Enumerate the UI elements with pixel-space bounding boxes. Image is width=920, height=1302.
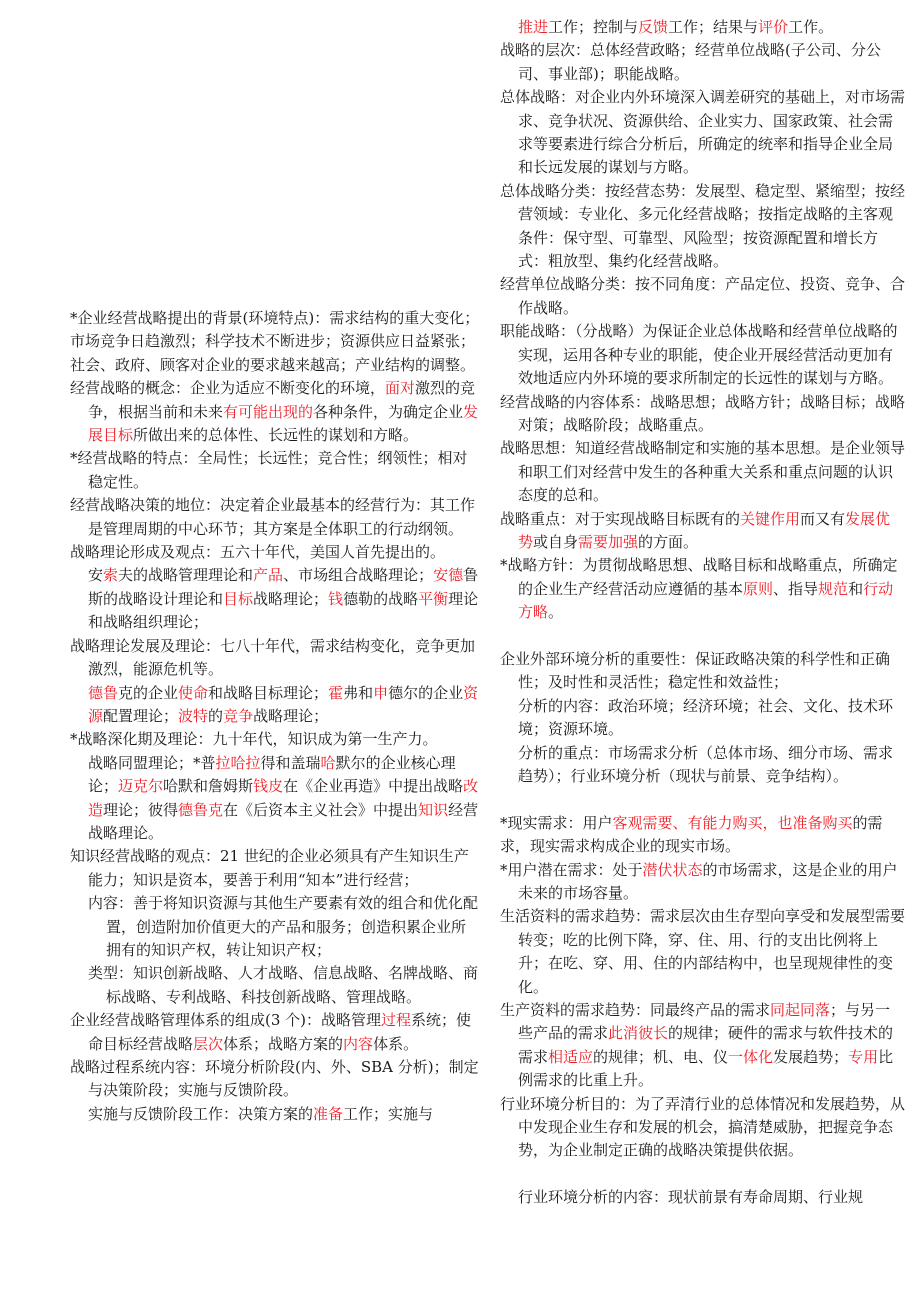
text-segment: 的: [208, 707, 223, 725]
text-segment: 经营战略的内容体系：战略思想；战略方针；战略目标；战略对策；战略阶段；战略重点。: [500, 393, 905, 434]
highlighted-keyword: 需要加强: [578, 533, 638, 551]
highlighted-keyword: 此消彼长: [608, 1024, 668, 1042]
text-segment: 安: [88, 566, 103, 584]
note-paragraph: *用户潜在需求：处于潜伏状态的市场需求，这是企业的用户未来的市场容量。: [500, 859, 905, 906]
highlighted-keyword: 评价: [758, 18, 788, 36]
highlighted-keyword: 过程: [381, 1011, 411, 1029]
note-paragraph: 安索夫的战略管理理论和产品、市场组合战略理论；安德鲁斯的战略设计理论和目标战略理…: [70, 564, 480, 634]
highlighted-keyword: 推进: [518, 18, 548, 36]
highlighted-keyword: 安德: [433, 566, 463, 584]
text-segment: 经营战略决策的地位：决定着企业最基本的经营行为：其工作是管理周期的中心环节；其方…: [70, 496, 475, 537]
highlighted-keyword: 德鲁: [88, 684, 118, 702]
note-paragraph: 生活资料的需求趋势：需求层次由生存型向享受和发展型需要转变；吃的比例下降，穿、住…: [500, 905, 905, 999]
note-paragraph: *战略方针：为贯彻战略思想、战略目标和战略重点，所确定的企业生产经营活动应遵循的…: [500, 554, 905, 624]
text-segment: 总体战略：对企业内外环境深入调差研究的基础上，对市场需求、竞争状况、资源供给、企…: [500, 88, 905, 176]
note-paragraph: 分析的内容：政治环境；经济环境；社会、文化、技术环境；资源环境。: [500, 695, 905, 742]
text-segment: 发展趋势；: [773, 1048, 848, 1066]
text-segment: 分析的内容：政治环境；经济环境；社会、文化、技术环境；资源环境。: [518, 697, 893, 738]
highlighted-keyword: 申: [373, 684, 388, 702]
note-paragraph: 行业环境分析的内容：现状前景有寿命周期、行业规: [500, 1186, 905, 1209]
text-segment: 工作；结果与: [668, 18, 758, 36]
text-segment: *企业经营战略提出的背景(环境特点)：需求结构的重大变化；市场竞争日趋激烈；科学…: [70, 309, 479, 374]
text-segment: 的规律；机、电、仪: [593, 1048, 728, 1066]
text-segment: 夫的战略管理理论和: [118, 566, 253, 584]
highlighted-keyword: 目标: [223, 590, 253, 608]
highlighted-keyword: 内容: [343, 1035, 373, 1053]
highlighted-keyword: 波特: [178, 707, 208, 725]
text-segment: 、市场组合战略理论；: [283, 566, 433, 584]
note-paragraph: 类型：知识创新战略、人才战略、信息战略、名牌战略、商标战略、专利战略、科技创新战…: [70, 962, 480, 1009]
text-segment: 企业外部环境分析的重要性：保证政略决策的科学性和正确性；及时性和灵活性；稳定性和…: [500, 650, 890, 691]
note-paragraph: 内容：善于将知识资源与其他生产要素有效的组合和优化配置，创造附加价值更大的产品和…: [70, 892, 480, 962]
text-segment: 在《企业再造》中提出战略: [283, 777, 463, 795]
text-segment: *战略深化期及理论：九十年代，知识成为第一生产力。: [70, 730, 438, 748]
text-segment: 经营战略的概念：企业为适应不断变化的环境，: [70, 379, 385, 397]
note-paragraph: 分析的重点：市场需求分析（总体市场、细分市场、需求趋势）；行业环境分析（现状与前…: [500, 742, 905, 789]
highlighted-keyword: 使命: [178, 684, 208, 702]
highlighted-keyword: 德鲁克: [178, 801, 223, 819]
note-paragraph: 实施与反馈阶段工作：决策方案的准备工作；实施与: [70, 1103, 480, 1126]
text-segment: 行业环境分析的内容：现状前景有寿命周期、行业规: [518, 1188, 863, 1206]
text-segment: 德尔的企业: [388, 684, 463, 702]
left-text-column: *企业经营战略提出的背景(环境特点)：需求结构的重大变化；市场竞争日趋激烈；科学…: [70, 307, 480, 1126]
note-paragraph: 总体战略：对企业内外环境深入调差研究的基础上，对市场需求、竞争状况、资源供给、企…: [500, 86, 905, 180]
highlighted-keyword: 有可能出现的: [223, 403, 313, 421]
text-segment: 德勒的战略: [343, 590, 418, 608]
right-text-column: 推进工作；控制与反馈工作；结果与评价工作。战略的层次：总体经营政略；经营单位战略…: [500, 16, 905, 1210]
highlighted-keyword: 同起同落: [770, 1001, 830, 1019]
text-segment: 战略理论形成及观点：五六十年代，美国人首先提出的。: [70, 543, 445, 561]
text-segment: 内容：善于将知识资源与其他生产要素有效的组合和优化配置，创造附加价值更大的产品和…: [88, 894, 478, 959]
note-paragraph: *企业经营战略提出的背景(环境特点)：需求结构的重大变化；市场竞争日趋激烈；科学…: [70, 307, 480, 377]
text-segment: 战略的层次：总体经营政略；经营单位战略(子公司、分公司、事业部)；职能战略。: [500, 41, 881, 82]
note-paragraph: 战略过程系统内容：环境分析阶段(内、外、SBA 分析)；制定与决策阶段；实施与反…: [70, 1056, 480, 1103]
note-paragraph: 战略的层次：总体经营政略；经营单位战略(子公司、分公司、事业部)；职能战略。: [500, 39, 905, 86]
text-segment: 工作；控制与: [548, 18, 638, 36]
highlighted-keyword: 专用: [848, 1048, 878, 1066]
blank-line: [500, 788, 905, 811]
text-segment: 知识经营战略的观点：21 世纪的企业必须具有产生知识生产能力；知识是资本，要善于…: [70, 847, 469, 888]
note-paragraph: 战略同盟理论；*普拉哈拉得和盖瑞哈默尔的企业核心理论；迈克尔哈默和詹姆斯钱皮在《…: [70, 752, 480, 846]
text-segment: 实施与反馈阶段工作：决策方案的: [88, 1105, 313, 1123]
text-segment: 分析的重点：市场需求分析（总体市场、细分市场、需求趋势）；行业环境分析（现状与前…: [518, 744, 893, 785]
note-paragraph: 行业环境分析目的：为了弄清行业的总体情况和发展趋势，从中发现企业生存和发展的机会…: [500, 1093, 905, 1163]
note-paragraph: 经营单位战略分类：按不同角度：产品定位、投资、竞争、合作战略。: [500, 273, 905, 320]
highlighted-keyword: 一体化: [728, 1048, 773, 1066]
text-segment: 战略过程系统内容：环境分析阶段(内、外、SBA 分析)；制定与决策阶段；实施与反…: [70, 1058, 479, 1099]
text-segment: 理论；彼得: [103, 801, 178, 819]
highlighted-keyword: 霍: [328, 684, 343, 702]
text-segment: 或自身: [533, 533, 578, 551]
text-segment: 工作；实施与: [343, 1105, 433, 1123]
text-segment: 体系；战略方案的: [223, 1035, 343, 1053]
text-segment: 类型：知识创新战略、人才战略、信息战略、名牌战略、商标战略、专利战略、科技创新战…: [88, 964, 478, 1005]
note-paragraph: 战略理论形成及观点：五六十年代，美国人首先提出的。: [70, 541, 480, 564]
text-segment: 生产资料的需求趋势：同最终产品的需求: [500, 1001, 770, 1019]
text-segment: *经营战略的特点：全局性；长远性；竞合性；纲领性；相对稳定性。: [70, 449, 468, 490]
highlighted-keyword: 原则: [743, 580, 773, 598]
highlighted-keyword: 层次: [193, 1035, 223, 1053]
highlighted-keyword: 钱皮: [253, 777, 283, 795]
note-paragraph: *现实需求：用户客观需要、有能力购买，也准备购买的需求，现实需求构成企业的现实市…: [500, 812, 905, 859]
text-segment: 体系。: [373, 1035, 418, 1053]
blank-line: [500, 1163, 905, 1186]
highlighted-keyword: 相适应: [548, 1048, 593, 1066]
text-segment: 行业环境分析目的：为了弄清行业的总体情况和发展趋势，从中发现企业生存和发展的机会…: [500, 1095, 905, 1160]
text-segment: 和: [848, 580, 863, 598]
highlighted-keyword: 竞争: [223, 707, 253, 725]
text-segment: 职能战略：（分战略）为保证企业总体战略和经营单位战略的实现，运用各种专业的职能，…: [500, 322, 898, 387]
highlighted-keyword: 反馈: [638, 18, 668, 36]
note-paragraph: 知识经营战略的观点：21 世纪的企业必须具有产生知识生产能力；知识是资本，要善于…: [70, 845, 480, 892]
note-paragraph: 职能战略：（分战略）为保证企业总体战略和经营单位战略的实现，运用各种专业的职能，…: [500, 320, 905, 390]
text-segment: 所做出来的总体性、长远性的谋划和方略。: [133, 426, 418, 444]
text-segment: 弗和: [343, 684, 373, 702]
highlighted-keyword: 产品: [253, 566, 283, 584]
text-segment: 的方面。: [638, 533, 698, 551]
note-paragraph: 企业外部环境分析的重要性：保证政略决策的科学性和正确性；及时性和灵活性；稳定性和…: [500, 648, 905, 695]
note-paragraph: 企业经营战略管理体系的组成(3 个)：战略管理过程系统；使命目标经营战略层次体系…: [70, 1009, 480, 1056]
text-segment: 配置理论；: [103, 707, 178, 725]
note-paragraph: 经营战略的内容体系：战略思想；战略方针；战略目标；战略对策；战略阶段；战略重点。: [500, 391, 905, 438]
note-paragraph: 经营战略决策的地位：决定着企业最基本的经营行为：其工作是管理周期的中心环节；其方…: [70, 494, 480, 541]
note-paragraph: 战略思想：知道经营战略制定和实施的基本思想。是企业领导和职工们对经营中发生的各种…: [500, 437, 905, 507]
highlighted-keyword: 潜伏状态: [643, 861, 703, 879]
text-segment: 战略思想：知道经营战略制定和实施的基本思想。是企业领导和职工们对经营中发生的各种…: [500, 439, 905, 504]
note-paragraph: 战略重点：对于实现战略目标既有的关键作用而又有发展优势或自身需要加强的方面。: [500, 508, 905, 555]
highlighted-keyword: 拉哈拉: [216, 754, 261, 772]
highlighted-keyword: 钱: [328, 590, 343, 608]
note-paragraph: *经营战略的特点：全局性；长远性；竞合性；纲领性；相对稳定性。: [70, 447, 480, 494]
note-paragraph: *战略深化期及理论：九十年代，知识成为第一生产力。: [70, 728, 480, 751]
text-segment: 和战略目标理论；: [208, 684, 328, 702]
text-segment: 战略理论；: [253, 707, 328, 725]
text-segment: 生活资料的需求趋势：需求层次由生存型向享受和发展型需要转变；吃的比例下降，穿、住…: [500, 907, 905, 995]
text-segment: 而又有: [800, 510, 845, 528]
highlighted-keyword: 准备: [313, 1105, 343, 1123]
text-segment: 工作。: [788, 18, 833, 36]
text-segment: 战略理论；: [253, 590, 328, 608]
note-paragraph: 生产资料的需求趋势：同最终产品的需求同起同落；与另一些产品的需求此消彼长的规律；…: [500, 999, 905, 1093]
note-paragraph: 经营战略的概念：企业为适应不断变化的环境，面对激烈的竞争，根据当前和未来有可能出…: [70, 377, 480, 447]
text-segment: 经营单位战略分类：按不同角度：产品定位、投资、竞争、合作战略。: [500, 275, 905, 316]
text-segment: 在《后资本主义社会》中提出: [223, 801, 418, 819]
highlighted-keyword: 规范: [818, 580, 848, 598]
text-segment: 。: [548, 603, 563, 621]
text-segment: 战略理论发展及理论：七八十年代，需求结构变化，竞争更加激烈，能源危机等。: [70, 637, 475, 678]
text-segment: 总体战略分类：按经营态势：发展型、稳定型、紧缩型；按经营领域：专业化、多元化经营…: [500, 182, 905, 270]
note-paragraph: 总体战略分类：按经营态势：发展型、稳定型、紧缩型；按经营领域：专业化、多元化经营…: [500, 180, 905, 274]
text-segment: 得和盖瑞: [261, 754, 321, 772]
text-segment: 战略重点：对于实现战略目标既有的: [500, 510, 740, 528]
text-segment: 战略同盟理论；*普: [88, 754, 216, 772]
note-paragraph: 推进工作；控制与反馈工作；结果与评价工作。: [500, 16, 905, 39]
highlighted-keyword: 面对: [385, 379, 415, 397]
highlighted-keyword: 关键作用: [740, 510, 800, 528]
text-segment: 哈默和詹姆斯: [163, 777, 253, 795]
highlighted-keyword: 迈克尔: [118, 777, 163, 795]
blank-line: [500, 625, 905, 648]
highlighted-keyword: 知识: [418, 801, 448, 819]
highlighted-keyword: 平衡: [418, 590, 448, 608]
text-segment: *现实需求：用户: [500, 814, 613, 832]
highlighted-keyword: 哈: [321, 754, 336, 772]
highlighted-keyword: 索: [103, 566, 118, 584]
note-paragraph: 德鲁克的企业使命和战略目标理论；霍弗和申德尔的企业资源配置理论；波特的竞争战略理…: [70, 682, 480, 729]
highlighted-keyword: 客观需要、有能力购买，也准备购买: [613, 814, 853, 832]
text-segment: 企业经营战略管理体系的组成(3 个)：战略管理: [70, 1011, 381, 1029]
text-segment: 各种条件，为确定企业: [313, 403, 463, 421]
text-segment: 克的企业: [118, 684, 178, 702]
text-segment: *用户潜在需求：处于: [500, 861, 643, 879]
text-segment: 、指导: [773, 580, 818, 598]
note-paragraph: 战略理论发展及理论：七八十年代，需求结构变化，竞争更加激烈，能源危机等。: [70, 635, 480, 682]
